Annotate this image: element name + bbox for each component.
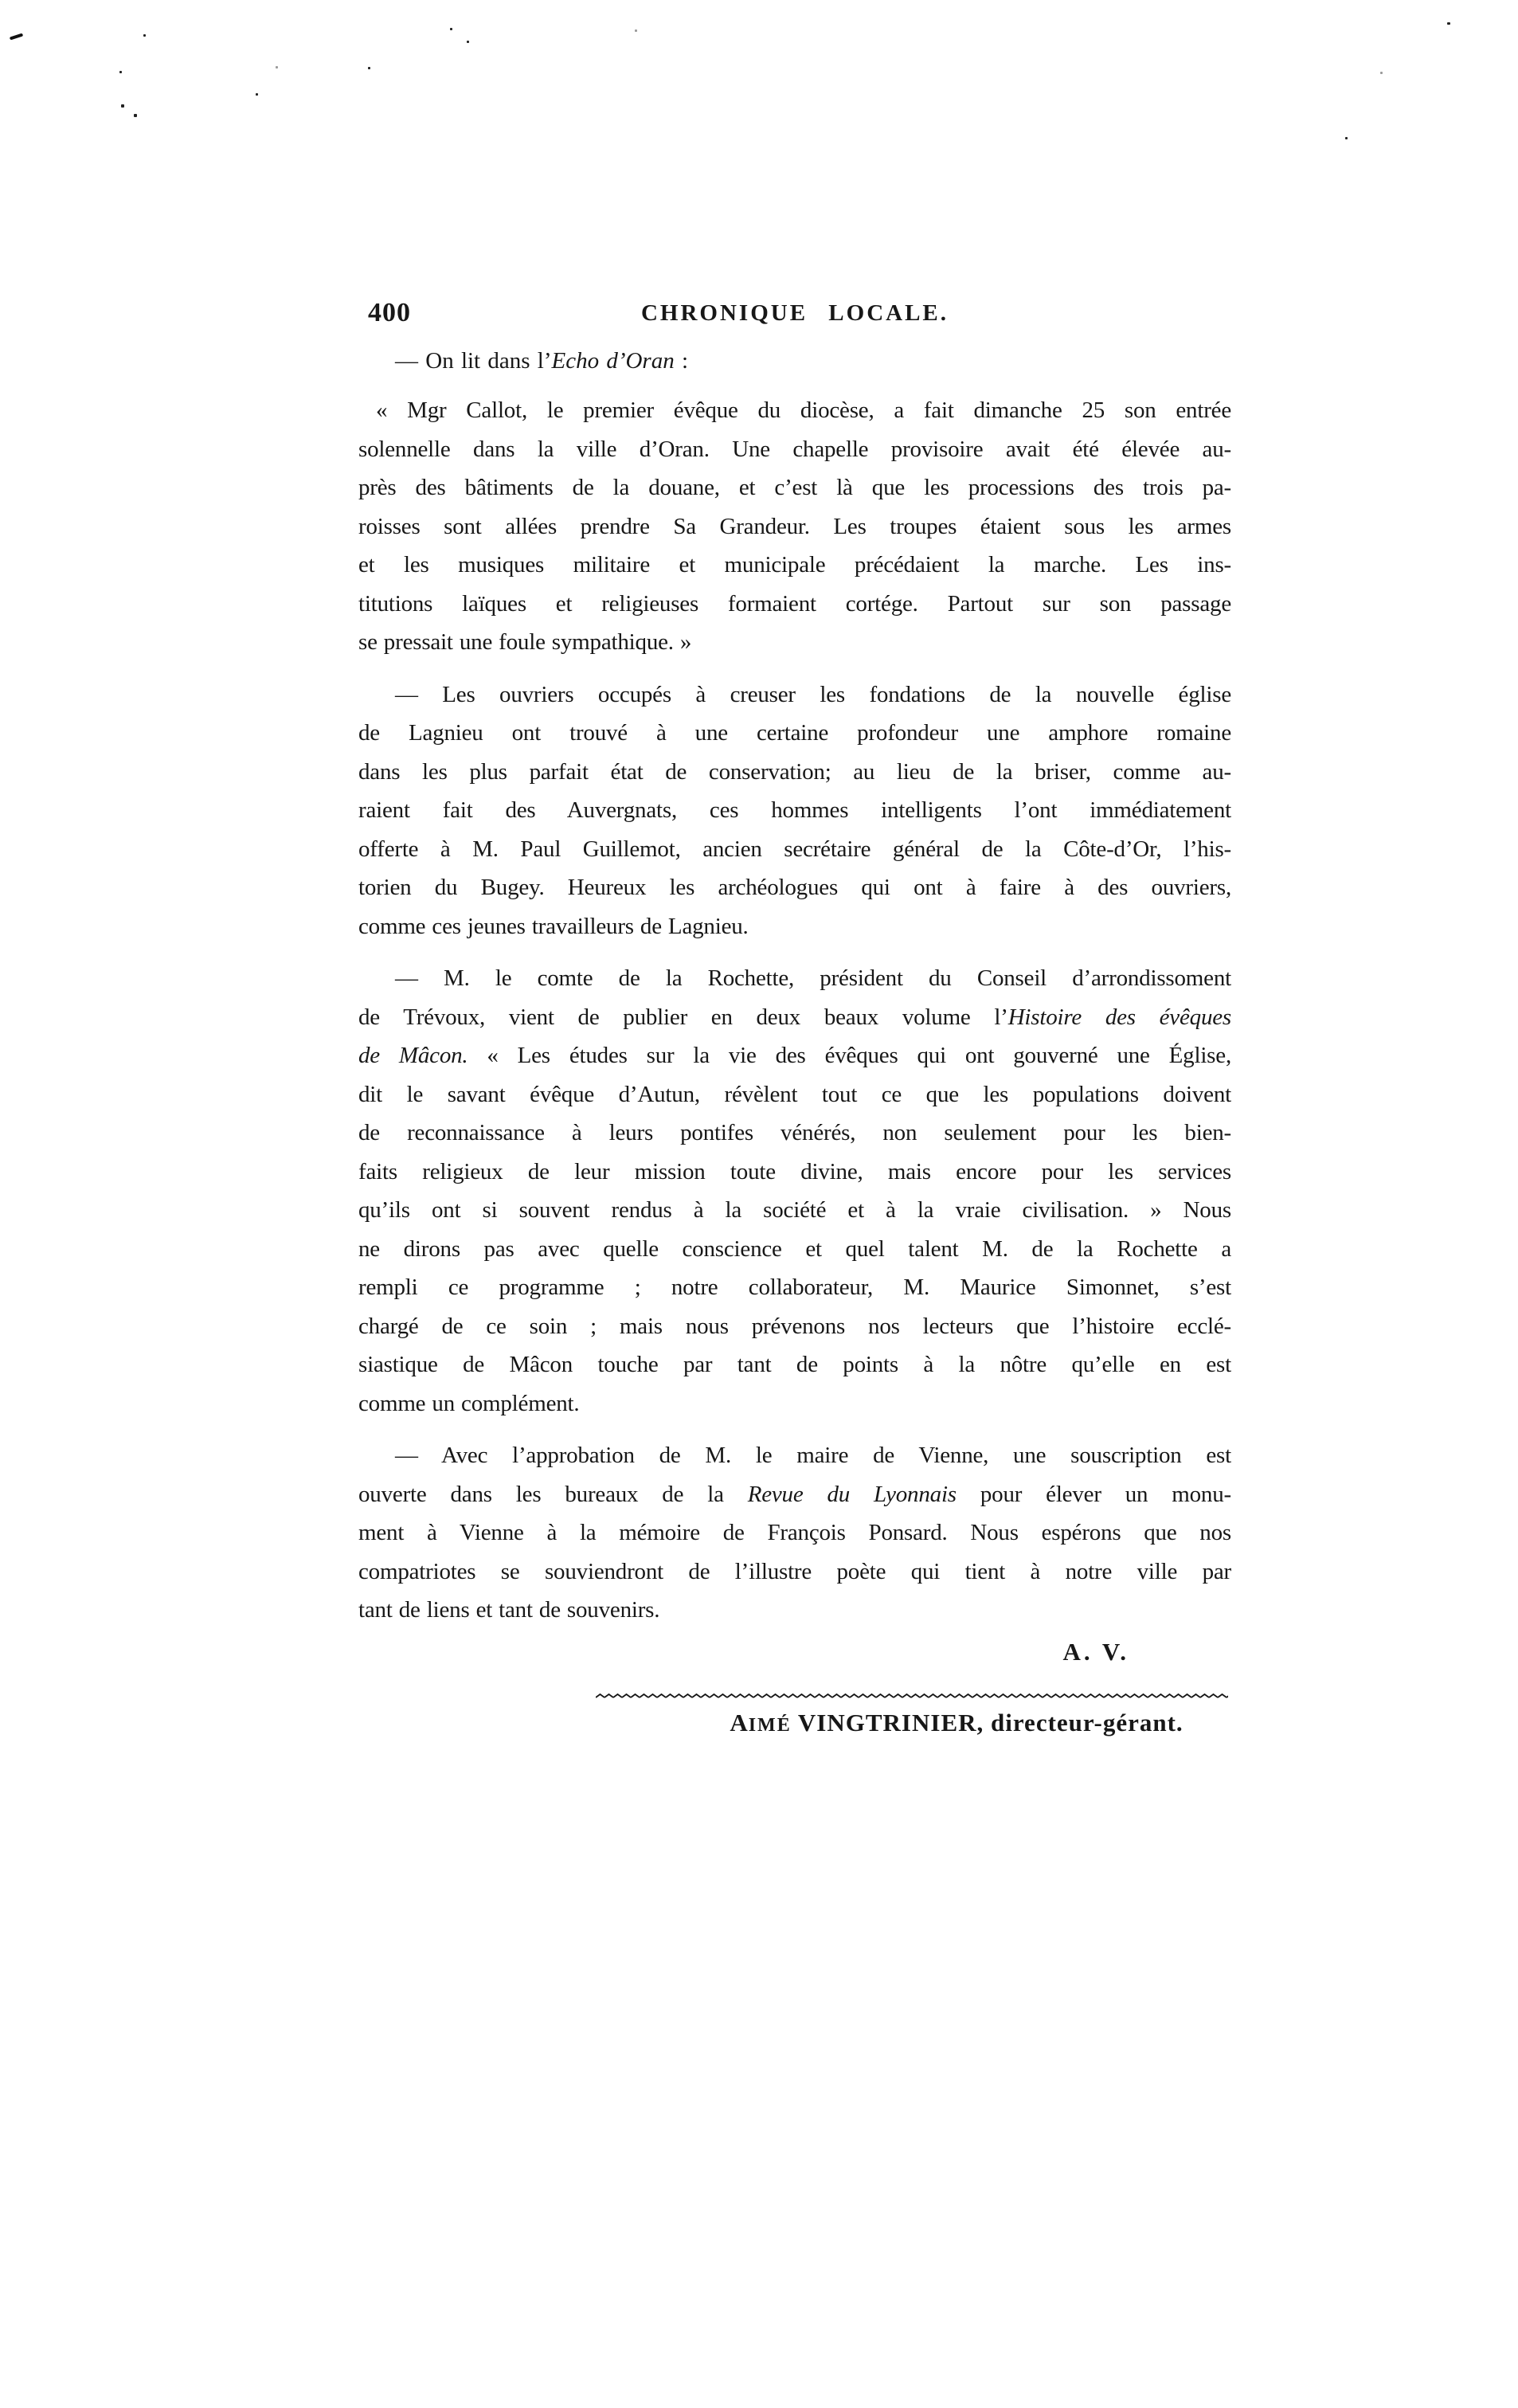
text-line: comme ces jeunes travailleurs de Lagnieu… [358, 907, 1231, 946]
scan-speck [143, 34, 146, 37]
text-line: près des bâtiments de la douane, et c’es… [358, 468, 1231, 507]
text-segment: de Trévoux, vient de publier en deux bea… [358, 1004, 1008, 1030]
text-segment: faits religieux de leur mission toute di… [358, 1159, 1231, 1184]
text-column: 400 CHRONIQUE LOCALE. — On lit dans l’Ec… [358, 294, 1231, 1671]
text-segment: rempli ce programme ; notre collaborateu… [358, 1274, 1231, 1300]
text-line: — M. le comte de la Rochette, président … [358, 959, 1231, 998]
text-segment: solennelle dans la ville d’Oran. Une cha… [358, 437, 1231, 462]
text-segment: de Mâcon. [358, 1043, 468, 1068]
text-segment: — M. le comte de la Rochette, président … [395, 965, 1231, 991]
text-line: — Avec l’approbation de M. le maire de V… [358, 1436, 1231, 1475]
paragraph: — M. le comte de la Rochette, président … [358, 959, 1231, 1423]
scan-speck [1380, 72, 1383, 74]
text-line: de Lagnieu ont trouvé à une certaine pro… [358, 714, 1231, 753]
text-line: tant de liens et tant de souvenirs. [358, 1591, 1231, 1630]
text-segment: Histoire des évêques [1008, 1004, 1231, 1030]
text-line: de Mâcon. « Les études sur la vie des év… [358, 1036, 1231, 1075]
text-line: compatriotes se souviendront de l’illust… [358, 1552, 1231, 1592]
scan-speck [121, 104, 124, 108]
text-segment: comme un complément. [358, 1391, 579, 1416]
page-number: 400 [368, 294, 411, 332]
text-line: offerte à M. Paul Guillemot, ancien secr… [358, 830, 1231, 869]
text-line: chargé de ce soin ; mais nous prévenons … [358, 1307, 1231, 1346]
scan-speck [134, 114, 137, 117]
paragraph: — Avec l’approbation de M. le maire de V… [358, 1436, 1231, 1630]
text-segment: VINGTRINIER, directeur-gérant. [792, 1709, 1183, 1737]
scan-speck [119, 71, 122, 73]
text-line: — Les ouvriers occupés à creuser les fon… [358, 675, 1231, 715]
scan-speck [635, 29, 637, 32]
text-line: qu’ils ont si souvent rendus à la sociét… [358, 1191, 1231, 1230]
text-line: siastique de Mâcon touche par tant de po… [358, 1345, 1231, 1384]
scan-speck [1447, 22, 1450, 25]
text-segment: — Les ouvriers occupés à creuser les fon… [395, 682, 1231, 707]
text-segment: se pressait une foule sympathique. » [358, 629, 691, 655]
text-line: de Trévoux, vient de publier en deux bea… [358, 998, 1231, 1037]
scan-speck [276, 66, 278, 69]
text-segment: près des bâtiments de la douane, et c’es… [358, 475, 1231, 500]
text-segment: torien du Bugey. Heureux les archéologue… [358, 875, 1231, 900]
text-line: se pressait une foule sympathique. » [358, 623, 1231, 662]
signature-block: AIMÉ VINGTRINIER, directeur-gérant. [596, 1692, 1228, 1742]
text-line: faits religieux de leur mission toute di… [358, 1153, 1231, 1192]
text-segment: : [675, 348, 688, 374]
text-line: comme un complément. [358, 1384, 1231, 1423]
text-line: ne dirons pas avec quelle conscience et … [358, 1230, 1231, 1269]
text-line: solennelle dans la ville d’Oran. Une cha… [358, 430, 1231, 469]
text-segment: compatriotes se souviendront de l’illust… [358, 1559, 1231, 1584]
text-segment: « Les études sur la vie des évêques qui … [468, 1043, 1231, 1068]
text-segment: offerte à M. Paul Guillemot, ancien secr… [358, 836, 1231, 862]
text-line: « Mgr Callot, le premier évêque du diocè… [358, 391, 1231, 430]
text-line: dans les plus parfait état de conservati… [358, 753, 1231, 792]
text-segment: roisses sont allées prendre Sa Grandeur.… [358, 514, 1231, 539]
paragraph: — Les ouvriers occupés à creuser les fon… [358, 675, 1231, 946]
scan-speck [256, 93, 258, 96]
text-line: dit le savant évêque d’Autun, révèlent t… [358, 1075, 1231, 1114]
text-segment: ment à Vienne à la mémoire de François P… [358, 1520, 1231, 1545]
page-header: 400 CHRONIQUE LOCALE. [358, 294, 1231, 332]
text-line: ment à Vienne à la mémoire de François P… [358, 1513, 1231, 1552]
text-line: torien du Bugey. Heureux les archéologue… [358, 868, 1231, 907]
scanned-page: 400 CHRONIQUE LOCALE. — On lit dans l’Ec… [0, 0, 1518, 2408]
text-segment: ouverte dans les bureaux de la [358, 1482, 748, 1507]
signature-line: AIMÉ VINGTRINIER, directeur-gérant. [596, 1706, 1228, 1742]
text-segment: — On lit dans l’ [395, 348, 552, 374]
text-segment: siastique de Mâcon touche par tant de po… [358, 1352, 1231, 1377]
text-line: raient fait des Auvergnats, ces hommes i… [358, 791, 1231, 830]
text-segment: ne dirons pas avec quelle conscience et … [358, 1236, 1231, 1262]
wavy-rule [596, 1692, 1228, 1700]
text-line: ouverte dans les bureaux de la Revue du … [358, 1475, 1231, 1514]
paragraph: « Mgr Callot, le premier évêque du diocè… [358, 391, 1231, 662]
text-segment: raient fait des Auvergnats, ces hommes i… [358, 797, 1231, 823]
text-segment: de reconnaissance à leurs pontifes vénér… [358, 1120, 1231, 1145]
text-segment: de Lagnieu ont trouvé à une certaine pro… [358, 720, 1231, 746]
text-segment: chargé de ce soin ; mais nous prévenons … [358, 1314, 1231, 1339]
byline: A. V. [358, 1633, 1231, 1671]
text-segment: « Mgr Callot, le premier évêque du diocè… [376, 397, 1231, 423]
scan-speck [467, 41, 469, 43]
body-text: « Mgr Callot, le premier évêque du diocè… [358, 391, 1231, 1630]
text-line: titutions laïques et religieuses formaie… [358, 585, 1231, 624]
scan-mark [10, 33, 23, 40]
text-segment: — Avec l’approbation de M. le maire de V… [395, 1443, 1231, 1468]
text-segment: et les musiques militaire et municipale … [358, 552, 1231, 578]
text-segment: qu’ils ont si souvent rendus à la sociét… [358, 1197, 1231, 1223]
scan-speck [1345, 137, 1348, 139]
text-segment: tant de liens et tant de souvenirs. [358, 1597, 659, 1623]
text-segment: dans les plus parfait état de conservati… [358, 759, 1231, 785]
text-segment: IMÉ [749, 1715, 792, 1736]
text-segment: pour élever un monu- [957, 1482, 1231, 1507]
text-segment: A [730, 1709, 748, 1737]
text-line: roisses sont allées prendre Sa Grandeur.… [358, 507, 1231, 546]
text-line: et les musiques militaire et municipale … [358, 546, 1231, 585]
text-line: de reconnaissance à leurs pontifes vénér… [358, 1114, 1231, 1153]
scan-speck [368, 67, 370, 69]
text-segment: Revue du Lyonnais [748, 1482, 957, 1507]
text-segment: Echo d’Oran [552, 348, 675, 374]
text-line: rempli ce programme ; notre collaborateu… [358, 1268, 1231, 1307]
running-title: CHRONIQUE LOCALE. [358, 294, 1231, 332]
text-segment: comme ces jeunes travailleurs de Lagnieu… [358, 914, 749, 939]
intro-line: — On lit dans l’Echo d’Oran : [358, 342, 1231, 380]
text-segment: titutions laïques et religieuses formaie… [358, 591, 1231, 617]
text-segment: dit le savant évêque d’Autun, révèlent t… [358, 1082, 1231, 1107]
scan-speck [450, 28, 452, 30]
